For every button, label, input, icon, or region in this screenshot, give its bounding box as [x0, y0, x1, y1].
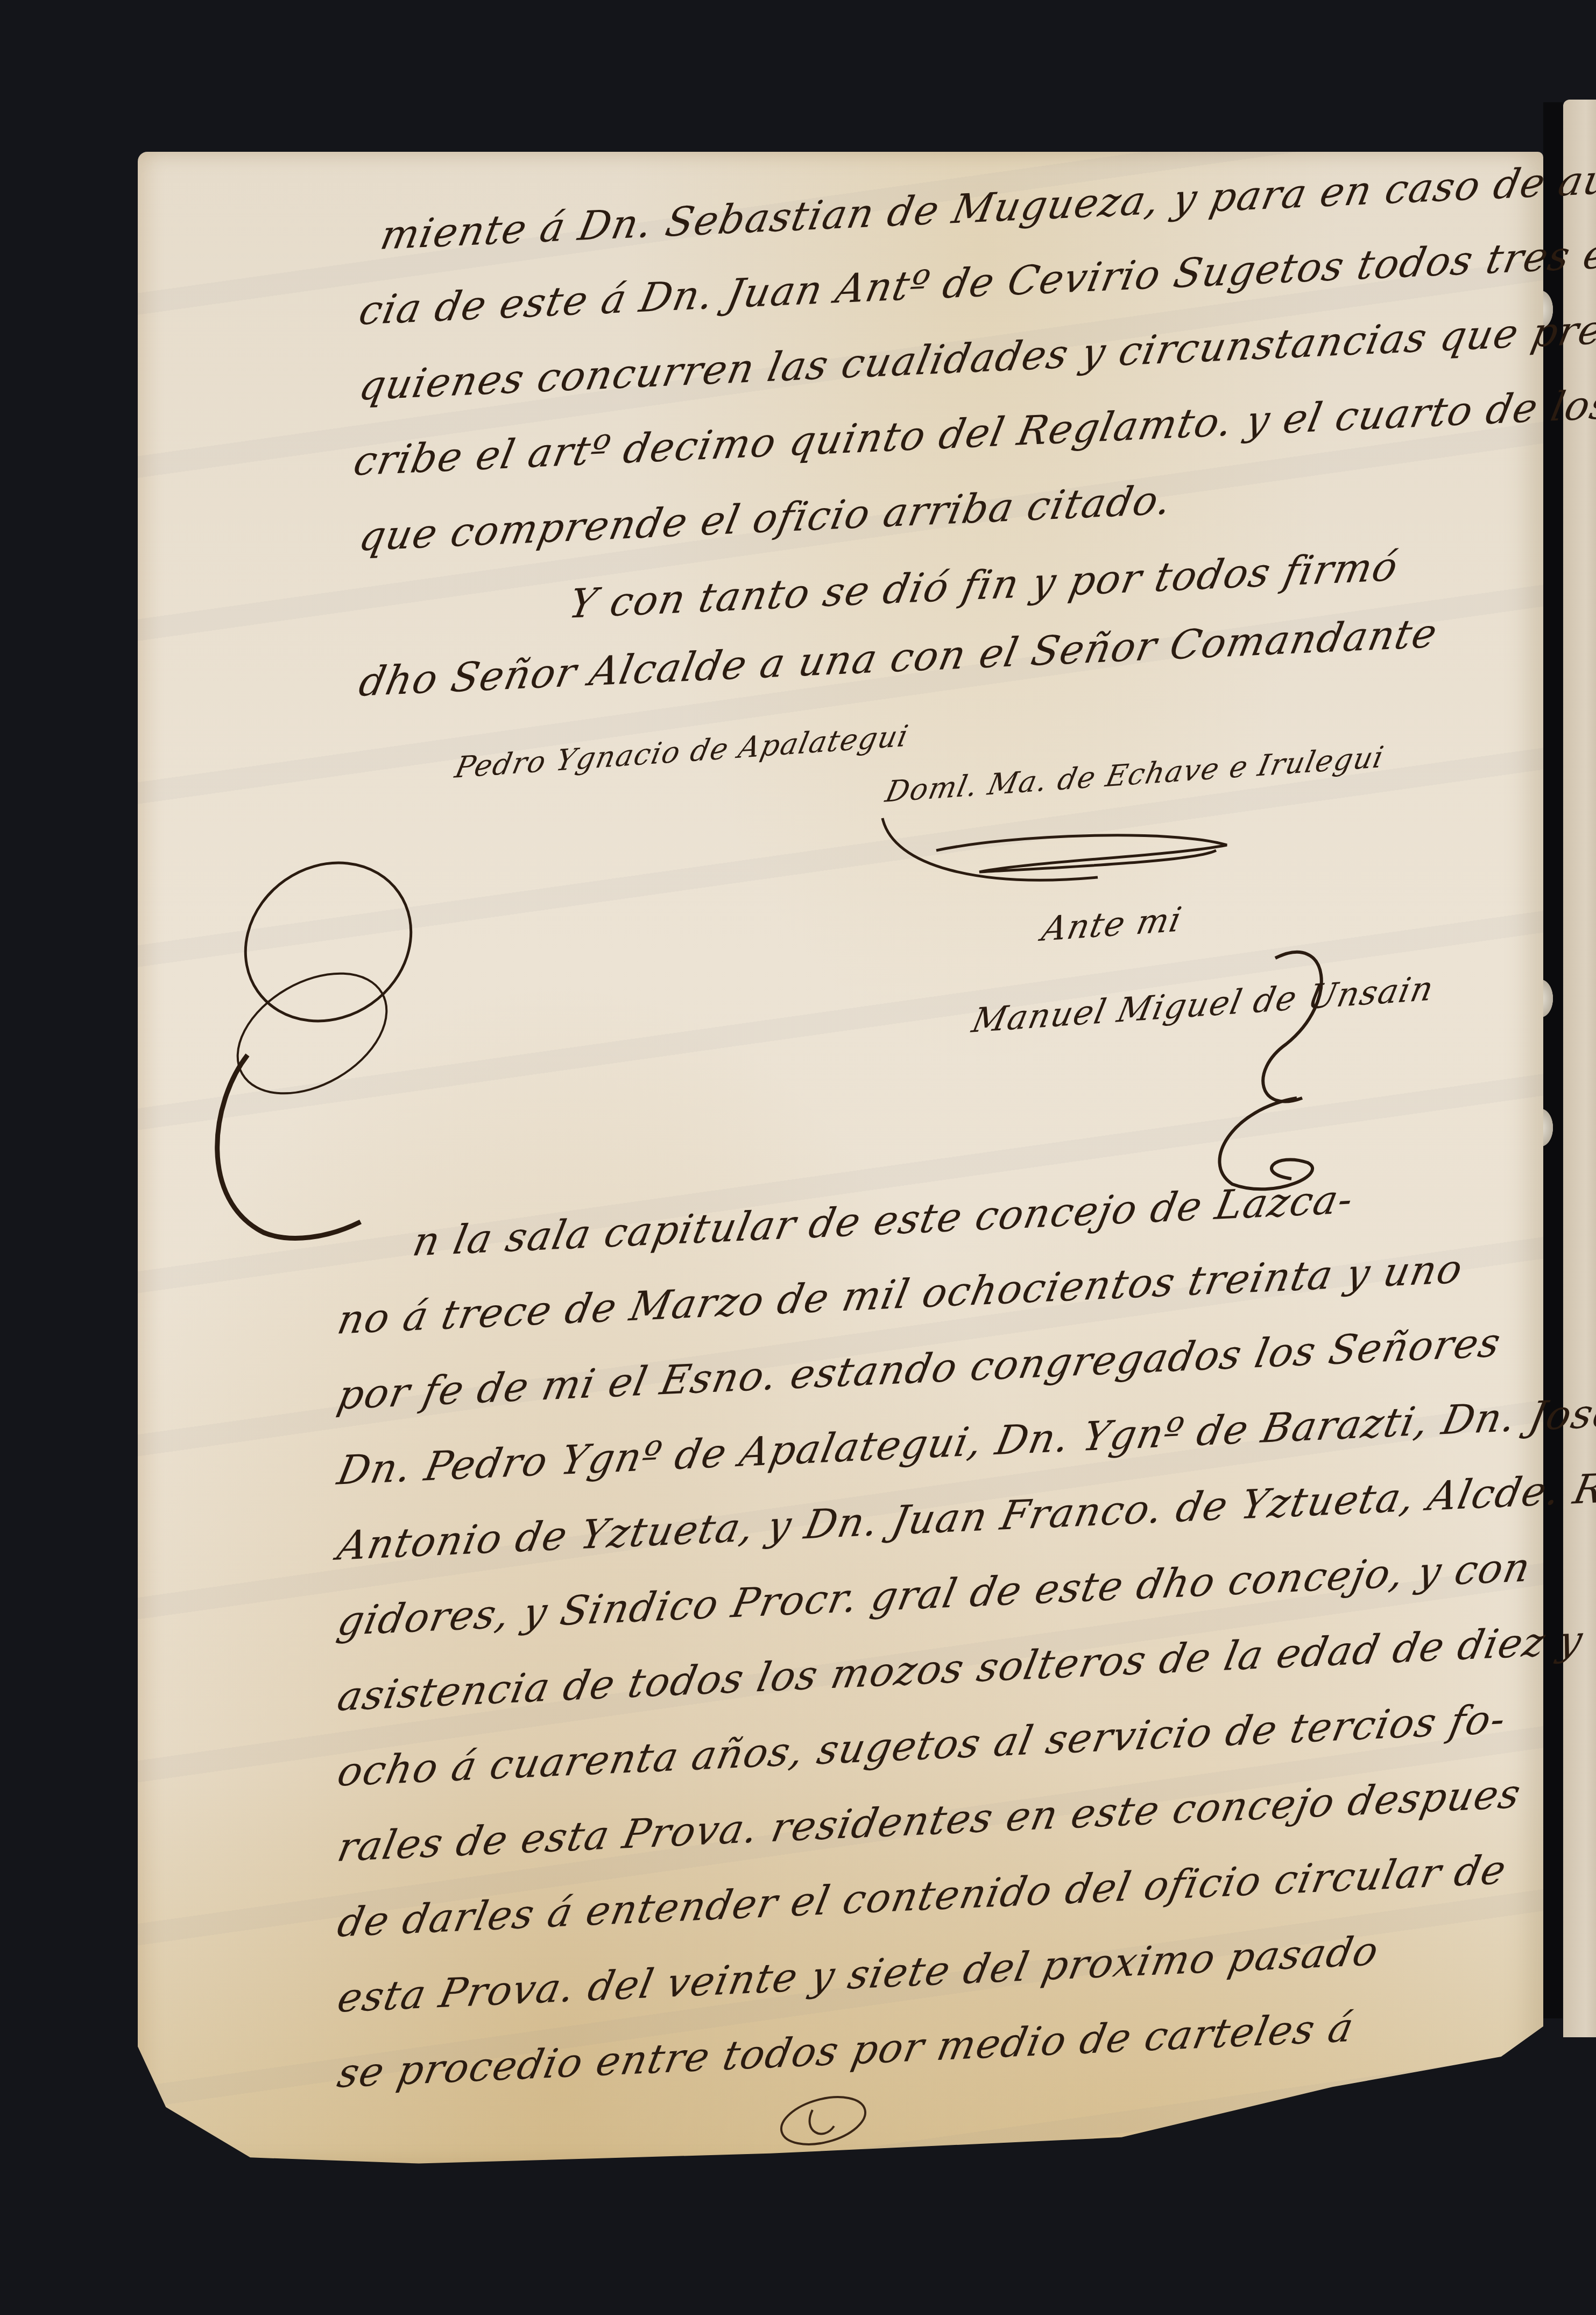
- signature-rubric-icon: [1168, 937, 1351, 1206]
- signature-flourish-icon: [872, 797, 1248, 904]
- decorated-initial-e-icon: [204, 850, 430, 1249]
- paragraph-flourish-icon: [764, 2088, 893, 2153]
